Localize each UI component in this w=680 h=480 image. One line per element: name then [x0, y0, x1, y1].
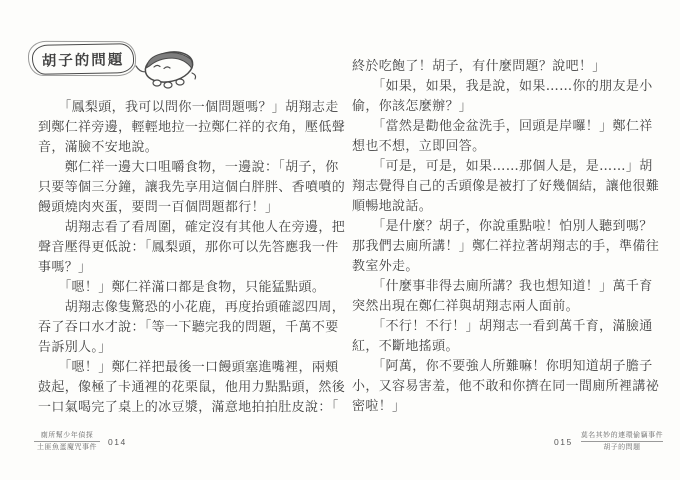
text-line: 只要等個三分鐘，讓我先享用這個白胖胖、香噴噴的 — [38, 178, 334, 198]
text-line: 偷，你該怎麼辦？」 — [352, 97, 648, 117]
right-running-title: 莫名其妙的連環偷竊事件 胡子的問題 — [581, 431, 664, 452]
left-page-footer: 廁所幫少年偵探 土匪魚蛋魔咒事件 014 — [34, 431, 127, 452]
text-line: 「鳳梨頭，我可以問你一個問題嗎？」胡翔志走 — [38, 98, 334, 118]
text-line: 「什麼事非得去廁所講？我也想知道！」萬千育 — [352, 277, 648, 297]
text-line: 「可是，可是，如果……那個人是，是……」胡 — [352, 157, 648, 177]
text-line: 小，又容易害羞，他不敢和你擠在同一間廁所裡講祕 — [352, 377, 648, 397]
text-line: 「嗯！」鄭仁祥滿口都是食物，只能猛點頭。 — [38, 278, 334, 298]
text-line: 突然出現在鄭仁祥與胡翔志兩人面前。 — [352, 297, 648, 317]
text-line: 翔志覺得自己的舌頭像是被打了好幾個結，讓他很難 — [352, 177, 648, 197]
beard-creature-illustration — [134, 40, 198, 94]
right-page-text: 終於吃飽了！胡子，有什麼問題？說吧！」 「如果，如果，我是說，如果……你的朋友是… — [352, 57, 648, 417]
text-line: 順暢地說話。 — [352, 197, 648, 217]
text-line: 告訴別人。」 — [38, 338, 334, 358]
right-page-footer: 015 莫名其妙的連環偷竊事件 胡子的問題 — [554, 431, 663, 452]
text-line: 密啦！」 — [352, 397, 648, 417]
text-line: 一口氣喝完了桌上的冰豆漿，滿意地拍拍肚皮說：「 — [38, 398, 334, 418]
footer-divider — [34, 441, 100, 442]
text-line: 饅頭燒肉夾蛋，要問一百個問題都行！」 — [38, 198, 334, 218]
series-title: 廁所幫少年偵探 — [41, 431, 94, 440]
right-page-number: 015 — [554, 437, 573, 447]
book-spread: 胡子的問題 「鳳梨頭，我可以問你一個問題嗎？」胡翔志走 — [0, 0, 680, 480]
text-line: 事嗎？」 — [38, 258, 334, 278]
text-line: 到鄭仁祥旁邊，輕輕地拉一拉鄭仁祥的衣角，壓低聲 — [38, 118, 334, 138]
text-line: 胡翔志看了看周圍，確定沒有其他人在旁邊，把 — [38, 218, 334, 238]
right-page: 終於吃飽了！胡子，有什麼問題？說吧！」 「如果，如果，我是說，如果……你的朋友是… — [340, 0, 680, 480]
chapter-title-bubble: 胡子的問題 — [32, 43, 135, 75]
text-line: 「當然是勸他金盆洗手，回頭是岸囉！」鄭仁祥 — [352, 117, 648, 137]
text-line: 「不行！不行！」胡翔志一看到萬千育，滿臉通 — [352, 317, 648, 337]
text-line: 胡翔志像隻驚恐的小花鹿，再度抬頭確認四周， — [38, 298, 334, 318]
text-line: 鼓起，像極了卡通裡的花栗鼠，他用力點點頭，然後 — [38, 378, 334, 398]
left-page: 胡子的問題 「鳳梨頭，我可以問你一個問題嗎？」胡翔志走 — [0, 0, 340, 480]
text-line: 「阿萬，你不要強人所難嘛！你明知道胡子膽子 — [352, 357, 648, 377]
text-line: 音，滿臉不安地說。 — [38, 138, 334, 158]
left-running-title: 廁所幫少年偵探 土匪魚蛋魔咒事件 — [34, 431, 100, 452]
text-line: 終於吃飽了！胡子，有什麼問題？說吧！」 — [352, 57, 648, 77]
text-line: 「是什麼？胡子，你說重點啦！怕別人聽到嗎？ — [352, 217, 648, 237]
text-line: 吞了吞口水才說：「等一下聽完我的問題，千萬不要 — [38, 318, 334, 338]
left-page-text: 「鳳梨頭，我可以問你一個問題嗎？」胡翔志走 到鄭仁祥旁邊，輕輕地拉一拉鄭仁祥的衣… — [38, 98, 334, 418]
part-title: 莫名其妙的連環偷竊事件 — [581, 431, 664, 440]
text-line: 聲音壓得更低說：「鳳梨頭，那你可以先答應我一件 — [38, 238, 334, 258]
text-line: 那我們去廁所講！」鄭仁祥拉著胡翔志的手，準備往 — [352, 237, 648, 257]
text-line: 紅，不斷地搖頭。 — [352, 337, 648, 357]
text-line: 想也不想，立即回答。 — [352, 137, 648, 157]
left-page-number: 014 — [108, 437, 127, 447]
chapter-title-footer: 胡子的問題 — [603, 443, 641, 452]
text-line: 「如果，如果，我是說，如果……你的朋友是小 — [352, 77, 648, 97]
text-line: 「嗯！」鄭仁祥把最後一口饅頭塞進嘴裡，兩頰 — [38, 358, 334, 378]
footer-divider — [581, 441, 664, 442]
chapter-title: 胡子的問題 — [42, 48, 125, 70]
text-line: 教室外走。 — [352, 257, 648, 277]
text-line: 鄭仁祥一邊大口咀嚼食物，一邊說：「胡子，你 — [38, 158, 334, 178]
book-title: 土匪魚蛋魔咒事件 — [37, 443, 97, 452]
